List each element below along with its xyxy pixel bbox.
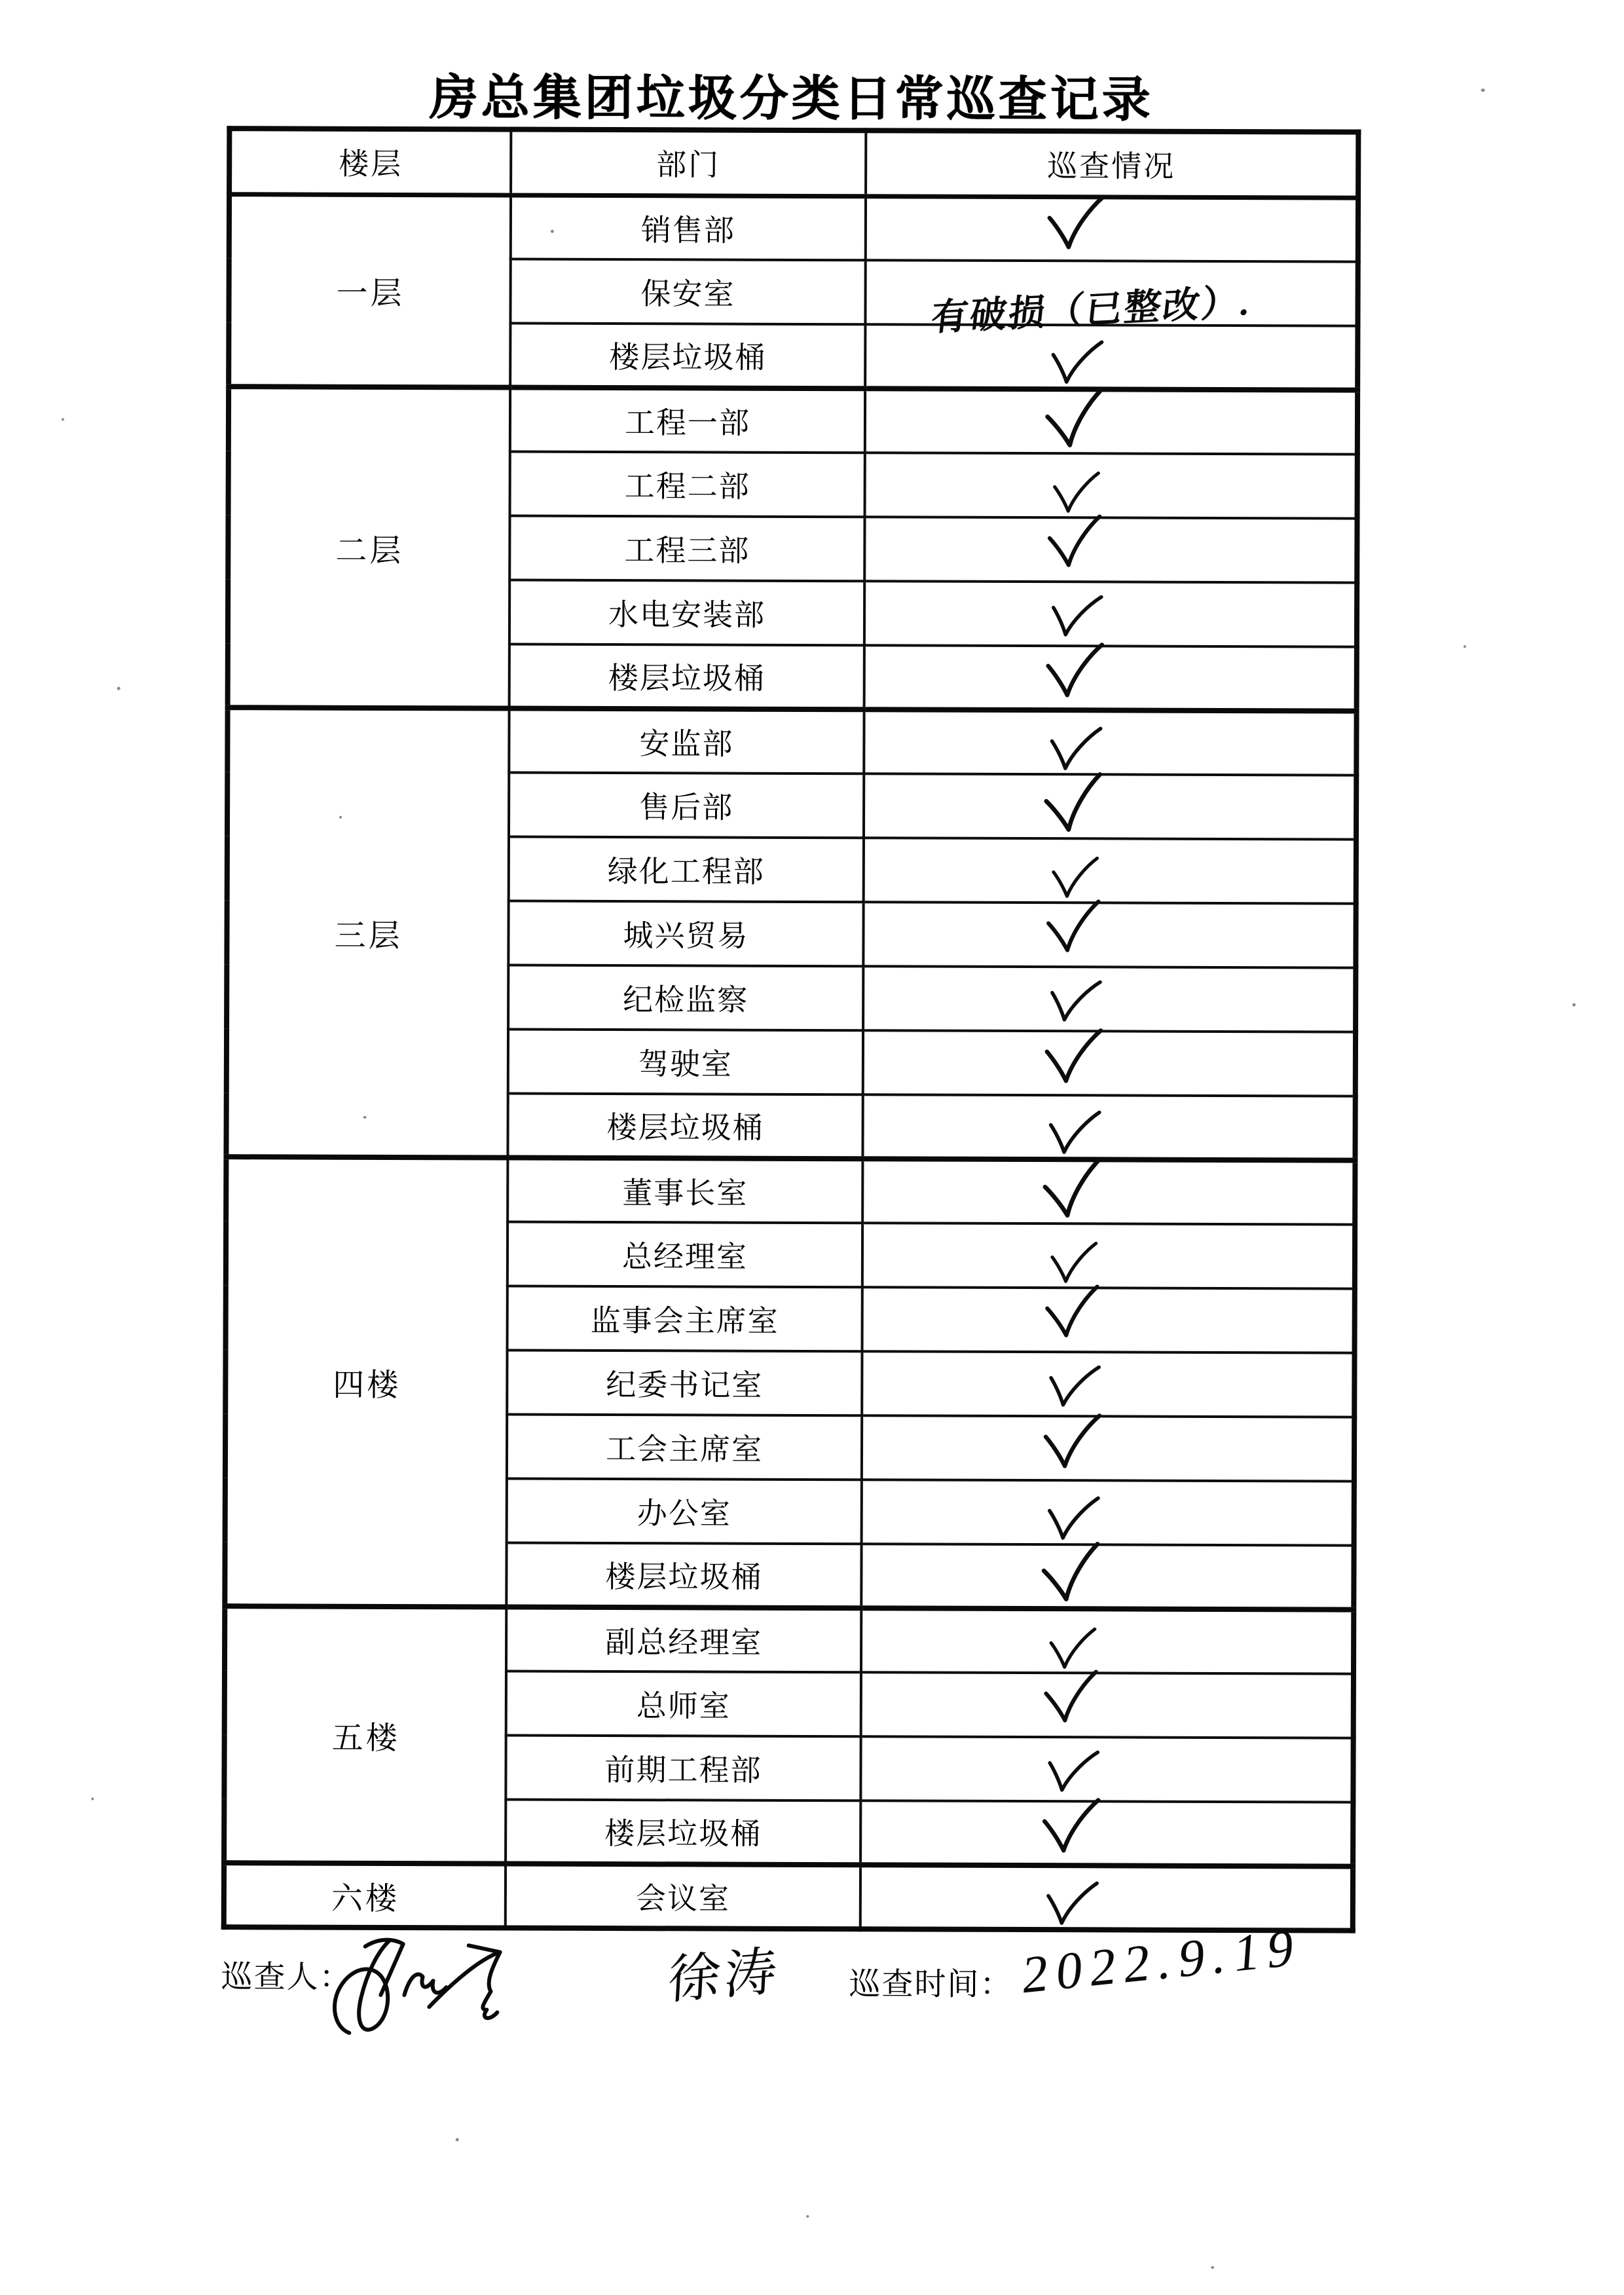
department-cell: 工程一部 — [510, 388, 865, 453]
checkmark-icon — [1041, 1744, 1102, 1800]
inspection-table: 楼层 部门 巡查情况 一层销售部保安室有破损（已整改）.楼层垃圾桶二层工程一部工… — [221, 126, 1361, 1933]
table-row: 二层工程一部 — [229, 386, 1357, 454]
checkmark-icon — [1035, 1540, 1110, 1609]
document-title: 房总集团垃圾分类日常巡查记录 — [227, 58, 1356, 131]
checkmark-icon — [1041, 1284, 1105, 1343]
column-header-department: 部门 — [511, 130, 866, 196]
inspector-signature-1 — [324, 1930, 541, 2061]
inspection-status-cell — [861, 1608, 1354, 1673]
floor-label: 六楼 — [224, 1863, 506, 1928]
inspection-status-cell — [862, 1480, 1354, 1545]
department-cell: 纪检监察 — [508, 965, 863, 1031]
checkmark-icon — [1041, 1876, 1101, 1932]
inspection-status-cell — [862, 1351, 1354, 1417]
scan-speck — [117, 687, 120, 690]
inspection-status-cell — [864, 517, 1357, 582]
inspection-status-cell: 有破损（已整改）. — [865, 260, 1357, 326]
department-cell: 水电安装部 — [509, 580, 864, 646]
department-cell: 保安室 — [510, 259, 865, 325]
department-cell: 楼层垃圾桶 — [506, 1543, 861, 1609]
scan-speck — [363, 1116, 367, 1119]
inspection-status-cell — [861, 1544, 1354, 1609]
floor-label: 三层 — [226, 707, 509, 1157]
department-cell: 楼层垃圾桶 — [510, 324, 865, 389]
inspection-status-cell — [865, 388, 1357, 454]
checkmark-icon — [1043, 1358, 1103, 1415]
department-cell: 工程三部 — [509, 516, 864, 582]
scan-speck — [1481, 88, 1485, 92]
checkmark-icon — [1048, 855, 1102, 903]
inspection-status-cell — [862, 1094, 1355, 1160]
table-row: 一层销售部 — [229, 194, 1358, 261]
inspection-status-cell — [863, 902, 1356, 967]
scan-speck — [62, 418, 64, 420]
scan-speck — [806, 2215, 809, 2218]
department-cell: 总经理室 — [507, 1222, 862, 1288]
scanned-form-sheet: 房总集团垃圾分类日常巡查记录 楼层 部门 巡查情况 一层销售部保安室有破损（已整… — [0, 0, 1624, 2295]
inspection-status-cell — [862, 1159, 1355, 1224]
checkmark-icon — [1039, 1669, 1104, 1728]
inspection-status-cell — [860, 1736, 1353, 1802]
checkmark-icon — [1039, 1797, 1105, 1857]
inspection-status-cell — [864, 581, 1357, 646]
checkmark-icon — [1043, 513, 1108, 572]
inspection-status-cell — [864, 838, 1356, 903]
department-cell: 前期工程部 — [506, 1736, 860, 1801]
department-cell: 总师室 — [506, 1671, 861, 1737]
checkmark-icon — [1043, 1106, 1104, 1161]
department-cell: 办公室 — [507, 1479, 862, 1544]
inspection-status-cell — [864, 774, 1356, 839]
checkmark-icon — [1037, 1157, 1111, 1225]
department-cell: 会议室 — [506, 1864, 860, 1930]
department-cell: 工会主席室 — [507, 1415, 862, 1480]
scan-speck — [339, 816, 342, 819]
inspection-status-cell — [862, 1223, 1355, 1288]
department-cell: 售后部 — [509, 773, 864, 838]
checkmark-icon — [1044, 722, 1105, 777]
table-row: 三层安监部 — [227, 707, 1356, 775]
floor-label: 四楼 — [225, 1157, 507, 1607]
checkmark-icon — [1041, 1028, 1107, 1088]
inspection-status-cell — [861, 1672, 1354, 1738]
inspection-status-cell — [860, 1801, 1353, 1866]
checkmark-icon — [1042, 899, 1107, 958]
table-row: 五楼副总经理室 — [225, 1606, 1354, 1673]
column-header-inspection: 巡查情况 — [866, 130, 1358, 197]
checkmark-icon — [1045, 588, 1106, 644]
department-cell: 驾驶室 — [508, 1030, 863, 1095]
checkmark-icon — [1046, 1625, 1099, 1673]
department-cell: 楼层垃圾桶 — [509, 644, 864, 710]
checkmark-icon — [1049, 470, 1103, 518]
department-cell: 安监部 — [509, 709, 864, 774]
column-header-floor: 楼层 — [229, 128, 511, 195]
department-cell: 工程二部 — [510, 452, 865, 517]
checkmark-icon — [1043, 194, 1110, 254]
inspector-signature-2: 徐涛 — [667, 1928, 783, 2013]
inspection-status-cell — [864, 645, 1357, 711]
department-cell: 副总经理室 — [506, 1607, 861, 1673]
scan-speck — [551, 230, 554, 233]
inspection-status-cell — [863, 966, 1356, 1032]
table-row: 六楼会议室 — [224, 1863, 1353, 1930]
inspection-time-label: 巡查时间： — [849, 1958, 1012, 2004]
checkmark-icon — [1044, 973, 1105, 1030]
department-cell: 监事会主席室 — [507, 1286, 862, 1352]
floor-label: 一层 — [229, 194, 511, 387]
department-cell: 董事长室 — [507, 1158, 862, 1223]
department-cell: 楼层垃圾桶 — [507, 1094, 862, 1159]
department-cell: 销售部 — [511, 195, 866, 261]
department-cell: 城兴贸易 — [508, 901, 863, 967]
checkmark-icon — [1046, 335, 1107, 391]
department-cell: 楼层垃圾桶 — [506, 1800, 860, 1865]
scan-speck — [1464, 645, 1466, 648]
checkmark-icon — [1038, 771, 1113, 839]
checkmark-icon — [1039, 386, 1114, 455]
inspection-status-cell — [865, 453, 1357, 518]
inspection-status-cell — [864, 709, 1356, 775]
inspection-status-cell — [862, 1287, 1355, 1353]
table-row: 四楼董事长室 — [226, 1157, 1355, 1224]
inspection-status-cell — [862, 1415, 1354, 1481]
department-cell: 绿化工程部 — [509, 837, 864, 903]
checkmark-icon — [1042, 642, 1109, 702]
checkmark-icon — [1042, 1491, 1103, 1547]
checkmark-icon — [1047, 1240, 1101, 1288]
scan-speck — [456, 2138, 459, 2141]
inspection-status-cell — [863, 1030, 1356, 1096]
department-cell: 纪委书记室 — [507, 1351, 862, 1416]
scan-speck — [91, 1798, 94, 1801]
checkmark-icon — [1040, 1413, 1107, 1473]
floor-label: 二层 — [228, 386, 511, 708]
floor-label: 五楼 — [224, 1606, 506, 1863]
table-header-row: 楼层 部门 巡查情况 — [229, 128, 1358, 197]
scan-speck — [1572, 1003, 1576, 1007]
inspection-status-cell — [866, 196, 1358, 261]
scan-speck — [1211, 2266, 1214, 2269]
